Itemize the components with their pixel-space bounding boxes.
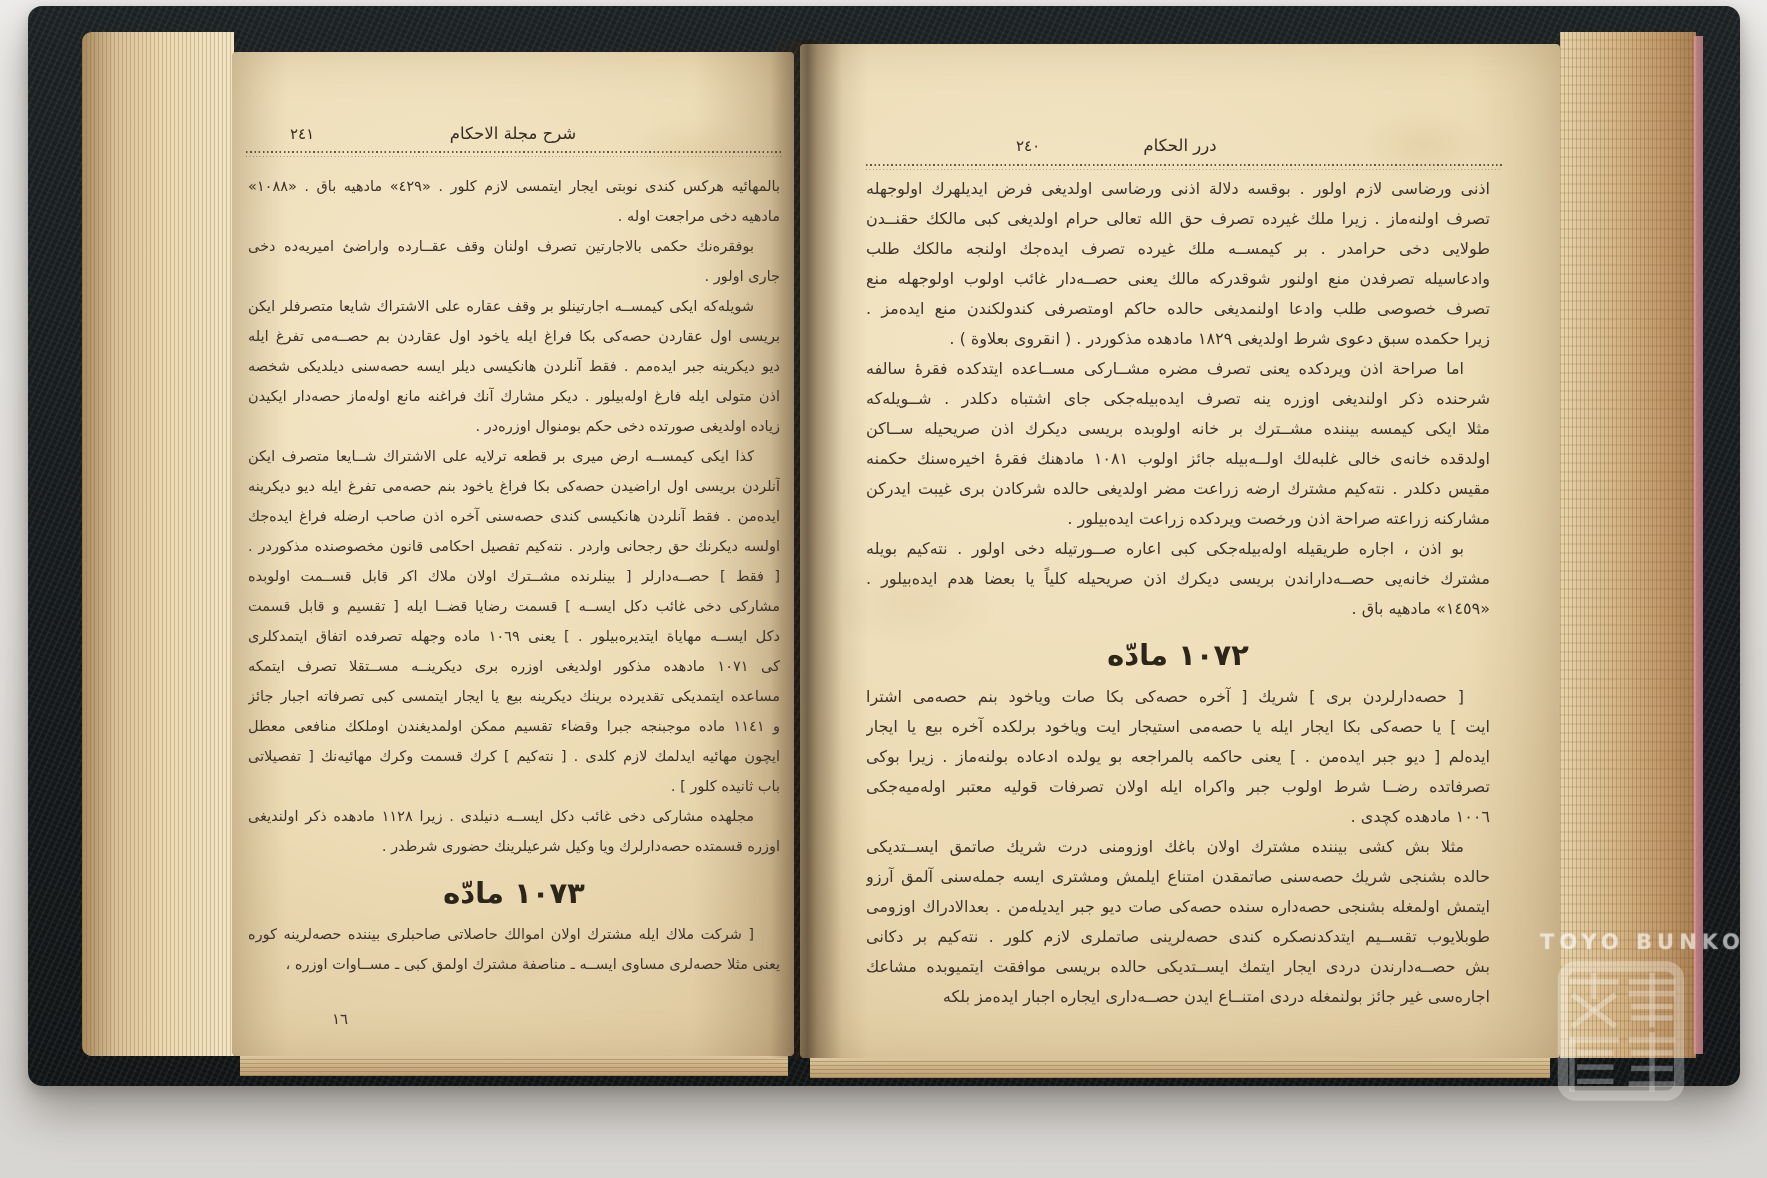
text-line: شويله‌كه ايكى كيمســه اجارتينلو بر وقف ع…: [248, 292, 780, 322]
text-line: ايت ] يا حصه‌كى بكا ايجار ايله يا حصه‌مى…: [866, 712, 1490, 742]
text-line: بالمهائيه هركس كندى نوبتى ايجار ايتمسى ل…: [248, 172, 780, 202]
text-line: طوبلايوب تقســيم ايتدكدنصكره كندى حصه‌لر…: [866, 922, 1490, 952]
text-line: اذنى ورضاسى لازم اولور . بوقسه دلالة اذن…: [866, 174, 1490, 204]
text-line: ١٠٠٦ مادهده كچدى .: [866, 802, 1490, 832]
left-page-text: بالمهائيه هركس كندى نوبتى ايجار ايتمسى ل…: [248, 172, 780, 980]
text-line: طولايى دخى حرامدر . بر كيمســه ملك غيرده…: [866, 234, 1490, 264]
text-line: اجاره‌سى غير جائز بولنمغله دردى امتنــاع…: [866, 982, 1490, 1012]
text-line: مساعده ايتمديكى تقديرده برينك ديكرينه بي…: [248, 682, 780, 712]
text-line: ايچون مهائيه ايدلمك لازم كلدى . [ نته‌كي…: [248, 742, 780, 772]
text-line: [ شركت ملاك ايله مشترك اولان اموالك حاصل…: [248, 920, 780, 950]
text-line: اما صراحة اذن ويردكده يعنى تصرف مضره مشـ…: [866, 354, 1490, 384]
text-line: مشاركى دخى غائب دكل ايســه ] قسمت رضايا …: [248, 592, 780, 622]
text-line: مجلهده مشاركى دخى غائب دكل ايســه دنيلدى…: [248, 802, 780, 832]
header-rule: [866, 164, 1502, 171]
text-line: زيرا حكمده سبق دعوى شرط اولديغى ١٨٢٩ ماد…: [866, 324, 1490, 354]
book-photograph: ٢٤١ شرح مجلة الاحكام بالمهائيه هركس كندى…: [0, 0, 1767, 1178]
text-line: مشترك خانه‌يى حصــه‌داراندن بريسى ديكرك …: [866, 564, 1490, 594]
text-line: تصرف خصوصى طلب وادعا اولنمديغى حالده حاك…: [866, 294, 1490, 324]
right-page-text: اذنى ورضاسى لازم اولور . بوقسه دلالة اذن…: [866, 174, 1490, 1012]
text-line: آنلردن بريسى اول اراضيدن حصه‌كى بكا فراغ…: [248, 472, 780, 502]
text-line: شرحنده ذكر اولنديغى اوزره ينه تصرف ايده‌…: [866, 384, 1490, 414]
text-line: جارى اولور .: [248, 262, 780, 292]
text-line: اولدقده خانه‌ى خالى غلبه‌لك اولــه‌بيله …: [866, 444, 1490, 474]
text-line: اذن متولى ايله فارغ اوله‌بيلور . ديكر مش…: [248, 382, 780, 412]
text-line: اوزره قسمتده حصه‌دارلرك ويا وكيل شرعيلري…: [248, 832, 780, 862]
text-line: زياده اولديغى صورتده دخى حكم بومنوال اوز…: [248, 412, 780, 442]
text-line: بش حصــه‌دارندن دردى ايجار ايتمك ايســتد…: [866, 952, 1490, 982]
paragraph: بالمهائيه هركس كندى نوبتى ايجار ايتمسى ل…: [248, 172, 780, 232]
right-page-header: ٢٤٠ درر الحكام: [820, 136, 1540, 155]
text-line: «١٤٥٩» مادهيه باق .: [866, 594, 1490, 624]
text-line: دكل ايســه مهاياة ايتديره‌بيلور . ] يعنى…: [248, 622, 780, 652]
left-page-header: ٢٤١ شرح مجلة الاحكام: [252, 124, 774, 143]
page-edges-right: [1560, 32, 1696, 1058]
paragraph: مثلا بش كشى بيننده مشترك اولان باغك اوزو…: [866, 832, 1490, 1012]
text-line: ايده‌لم [ ديو جبر ايده‌من . ] يعنى حاكمه…: [866, 742, 1490, 772]
page-edge-tint: [1694, 36, 1703, 1054]
text-line: [ حصه‌دارلردن برى ] شريك [ آخره حصه‌كى ب…: [866, 682, 1490, 712]
right-running-title: درر الحكام: [1143, 136, 1216, 155]
text-line: باب ثانيده كلور ] .: [248, 772, 780, 802]
paragraph: اذنى ورضاسى لازم اولور . بوقسه دلالة اذن…: [866, 174, 1490, 354]
paragraph: بو اذن ، اجاره طريقيله اوله‌بيله‌جكى كبى…: [866, 534, 1490, 624]
paragraph: بوفقره‌نك حكمى بالاجارتين تصرف اولنان وق…: [248, 232, 780, 292]
left-page: ٢٤١ شرح مجلة الاحكام بالمهائيه هركس كندى…: [232, 52, 794, 1056]
paragraph: شويله‌كه ايكى كيمســه اجارتينلو بر وقف ع…: [248, 292, 780, 442]
text-line: و ١١٤١ ماده موجبنجه جبرا وقضاء تقسيم ممك…: [248, 712, 780, 742]
article-heading: ١٠٧٣ مادّه: [248, 870, 780, 916]
text-line: مثلا ايكى كيمسه بيننده مشــترك بر خانه ا…: [866, 414, 1490, 444]
text-line: ايده‌من . فقط آنلردن هانكيسى كندى حصه‌سن…: [248, 502, 780, 532]
left-page-number: ٢٤١: [290, 125, 314, 143]
signature-mark: ١٦: [332, 1010, 348, 1028]
right-page-number: ٢٤٠: [1016, 137, 1040, 155]
text-line: مثلا بش كشى بيننده مشترك اولان باغك اوزو…: [866, 832, 1490, 862]
text-line: يعنى مثلا حصه‌لرى مساوى ايســه ـ مناصفة …: [248, 950, 780, 980]
text-line: [ فقط ] حصــه‌دارلر [ بينلرنده مشــترك ا…: [248, 562, 780, 592]
header-rule: [246, 151, 782, 158]
text-line: اولسه ديكرنك حق رجحانى واردر . نته‌كيم ت…: [248, 532, 780, 562]
text-line: بو اذن ، اجاره طريقيله اوله‌بيله‌جكى كبى…: [866, 534, 1490, 564]
text-line: تصرف اولنه‌ماز . زيرا ملك غيرده تصرف حق …: [866, 204, 1490, 234]
left-running-title: شرح مجلة الاحكام: [450, 124, 576, 143]
paragraph: اما صراحة اذن ويردكده يعنى تصرف مضره مشـ…: [866, 354, 1490, 534]
text-line: مقيس دكلدر . نته‌كيم مشترك ارضه زراعت مض…: [866, 474, 1490, 504]
page-edges-left: [82, 32, 234, 1056]
text-line: مشاركنه زراعته صراحة اذن ورخصت ويردكده ز…: [866, 504, 1490, 534]
right-page: ٢٤٠ درر الحكام اذنى ورضاسى لازم اولور . …: [800, 44, 1560, 1058]
paragraph: مجلهده مشاركى دخى غائب دكل ايســه دنيلدى…: [248, 802, 780, 862]
text-line: ديو ديكرينه جبر ايده‌مم . فقط آنلردن هان…: [248, 352, 780, 382]
text-line: كذا ايكى كيمســه ارض ميرى بر قطعه ترلايه…: [248, 442, 780, 472]
text-line: كى ١٠٧١ مادهده مذكور اولديغى اوزره برى د…: [248, 652, 780, 682]
text-line: ايتمش اولمغله بشنجى حصه‌داره سنده حصه‌كى…: [866, 892, 1490, 922]
article-heading: ١٠٧٢ مادّه: [866, 632, 1490, 678]
text-line: مادهيه دخى مراجعت اوله .: [248, 202, 780, 232]
book-cover: ٢٤١ شرح مجلة الاحكام بالمهائيه هركس كندى…: [28, 6, 1740, 1086]
paragraph: [ شركت ملاك ايله مشترك اولان اموالك حاصل…: [248, 920, 780, 980]
paragraph: [ حصه‌دارلردن برى ] شريك [ آخره حصه‌كى ب…: [866, 682, 1490, 832]
text-line: بوفقره‌نك حكمى بالاجارتين تصرف اولنان وق…: [248, 232, 780, 262]
text-line: بريسى اول عقاردن حصه‌كى بكا فراغ ايله يا…: [248, 322, 780, 352]
paragraph: كذا ايكى كيمســه ارض ميرى بر قطعه ترلايه…: [248, 442, 780, 802]
text-line: تصرفاتده رضــا شرط اولوب جبر واكراه ايله…: [866, 772, 1490, 802]
text-line: حالده بشنجى شريك حصه‌سنى صاتمقدن امتناع …: [866, 862, 1490, 892]
text-line: وادعاسيله تصرفدن منع اولنور شوقدركه مالك…: [866, 264, 1490, 294]
